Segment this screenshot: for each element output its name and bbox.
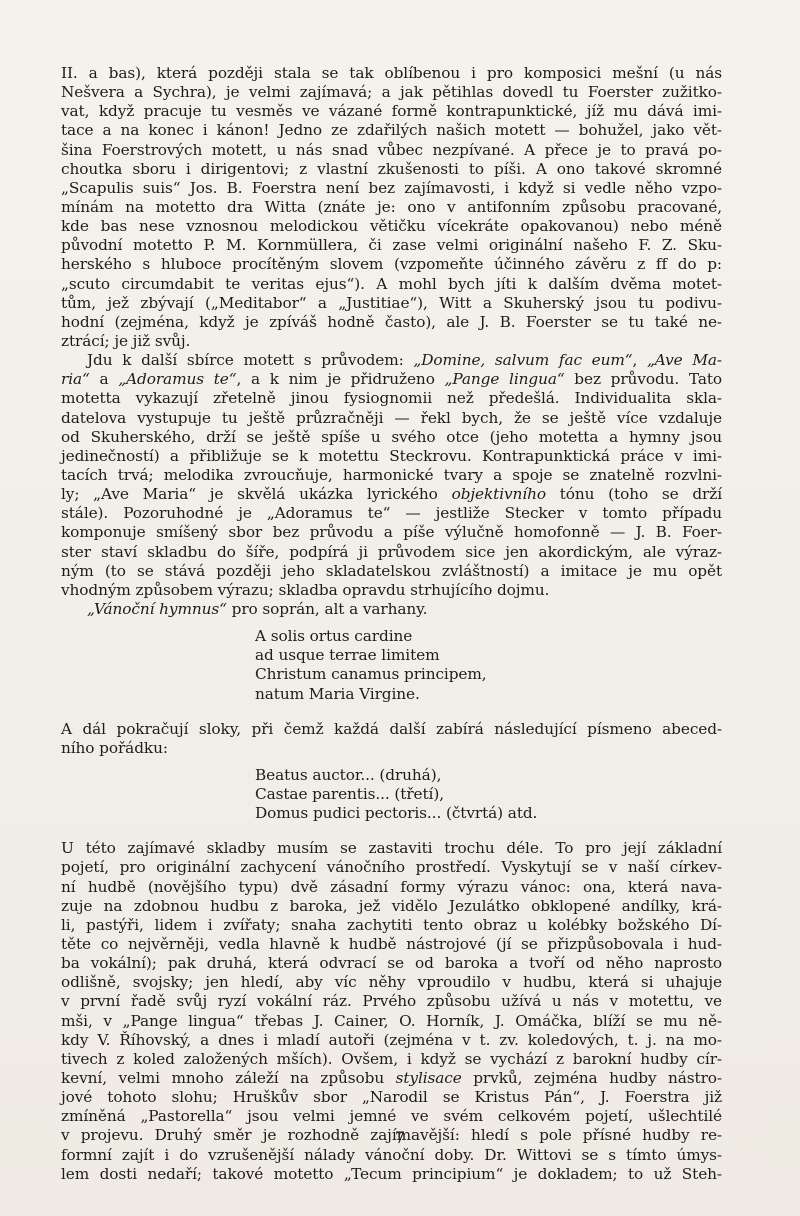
verse-line: A solis ortus cardine xyxy=(61,627,722,646)
text-line: „Vánoční hymnus“ pro soprán, alt a varha… xyxy=(61,600,722,619)
text-line: vhodným způsobem výrazu; skladba opravdu… xyxy=(61,581,722,600)
work-title: „Adoramus te“ xyxy=(118,370,236,388)
work-title: „Pange lingua“ xyxy=(445,370,565,388)
text-line: mši, v „Pange lingua“ třebas J. Cainer, … xyxy=(61,1012,722,1031)
work-title: „Vánoční hymnus“ xyxy=(87,600,227,618)
text-line: ztrácí; je již svůj. xyxy=(61,332,722,351)
text-line: kevní, velmi mnoho záleží na způsobu sty… xyxy=(61,1069,722,1088)
text-line: formní zajít i do vzrušenější nálady ván… xyxy=(61,1146,722,1165)
verse-quote-1: A solis ortus cardine ad usque terrae li… xyxy=(61,627,722,704)
text-line: zuje na zdobnou hudbu z baroka, jež vidě… xyxy=(61,897,722,916)
text-line: ního pořádku: xyxy=(61,739,722,758)
verse-quote-2: Beatus auctor... (druhá), Castae parenti… xyxy=(61,766,722,823)
text-line: ly; „Ave Maria“ je skvělá ukázka lyrické… xyxy=(61,485,722,504)
page-number: 7 xyxy=(0,1128,800,1147)
text-line: datelova vystupuje tu ještě průzračněji … xyxy=(61,409,722,428)
text-line: jedinečností) a přibližuje se k motettu … xyxy=(61,447,722,466)
text-line: lem dosti nedaří; takové motetto „Tecum … xyxy=(61,1165,722,1184)
verse-line: Beatus auctor... (druhá), xyxy=(61,766,722,785)
text-line: A dál pokračují sloky, při čemž každá da… xyxy=(61,720,722,739)
paragraph-4: A dál pokračují sloky, při čemž každá da… xyxy=(61,720,722,758)
text-line: pojetí, pro originální zachycení vánoční… xyxy=(61,858,722,877)
text-line: Nešvera a Sychra), je velmi zajímavá; a … xyxy=(61,83,722,102)
text-line: vat, když pracuje tu vesměs ve vázané fo… xyxy=(61,102,722,121)
text-line: tace a na konec i kánon! Jedno ze zdařil… xyxy=(61,121,722,140)
text-line: ria“ a „Adoramus te“, a k nim je přidruž… xyxy=(61,370,722,389)
text-line: herského s hluboce procítěným slovem (vz… xyxy=(61,255,722,274)
text-line: tacích trvá; melodika zvroucňuje, harmon… xyxy=(61,466,722,485)
text-line: „Scapulis suis“ Jos. B. Foerstra není be… xyxy=(61,179,722,198)
text-line: „scuto circumdabit te veritas ejus“). A … xyxy=(61,275,722,294)
work-title: ria“ xyxy=(61,370,90,388)
text-line: zmíněná „Pastorella“ jsou velmi jemné ve… xyxy=(61,1107,722,1126)
text-line: jové tohoto slohu; Hruškův sbor „Narodil… xyxy=(61,1088,722,1107)
text-line: ster staví skladbu do šíře, podpírá ji p… xyxy=(61,543,722,562)
text-line: motetta vykazují zřetelně jinou fysiogno… xyxy=(61,389,722,408)
text-line: původní motetto P. M. Kornmüllera, či za… xyxy=(61,236,722,255)
text-line: těte co nejvěrněji, vedla hlavně k hudbě… xyxy=(61,935,722,954)
text-line: v první řadě svůj ryzí vokální ráz. Prvé… xyxy=(61,992,722,1011)
text-line: odlišně, svojsky; jen hledí, aby víc něh… xyxy=(61,973,722,992)
emphasis: stylisace xyxy=(396,1069,462,1087)
verse-line: ad usque terrae limitem xyxy=(61,646,722,665)
spacer xyxy=(61,619,722,627)
text-line: ným (to se stává později jeho skladatels… xyxy=(61,562,722,581)
text-line: od Skuherského, drží se ještě spíše u sv… xyxy=(61,428,722,447)
verse-line: Christum canamus principem, xyxy=(61,665,722,684)
paragraph-2: Jdu k další sbírce motett s průvodem: „D… xyxy=(61,351,722,600)
text-line: U této zajímavé skladby musím se zastavi… xyxy=(61,839,722,858)
body-text: II. a bas), která později stala se tak o… xyxy=(61,64,722,1184)
text-line: kde bas nese vznosnou melodickou větičku… xyxy=(61,217,722,236)
spacer xyxy=(61,704,722,720)
text-line: II. a bas), která později stala se tak o… xyxy=(61,64,722,83)
text-line: šina Foerstrových motett, u nás snad vůb… xyxy=(61,141,722,160)
text-line: hodní (zejména, když je zpíváš hodně čas… xyxy=(61,313,722,332)
text-line: tivech z koled založených mších). Ovšem,… xyxy=(61,1050,722,1069)
verse-line: Domus pudici pectoris... (čtvrtá) atd. xyxy=(61,804,722,823)
verse-line: natum Maria Virgine. xyxy=(61,685,722,704)
text-line: mínám na motetto dra Witta (znáte je: on… xyxy=(61,198,722,217)
emphasis: objektivního xyxy=(452,485,546,503)
spacer xyxy=(61,758,722,766)
work-title: „Domine, salvum fac eum“ xyxy=(413,351,632,369)
text-line: stále). Pozoruhodné je „Adoramus te“ — j… xyxy=(61,504,722,523)
paragraph-1: II. a bas), která později stala se tak o… xyxy=(61,64,722,351)
text-line: komponuje smíšený sbor bez průvodu a píš… xyxy=(61,523,722,542)
text-line: tům, jež zbývají („Meditabor“ a „Justiti… xyxy=(61,294,722,313)
text-line: kdy V. Říhovský, a dnes i mladí autoři (… xyxy=(61,1031,722,1050)
paragraph-3: „Vánoční hymnus“ pro soprán, alt a varha… xyxy=(61,600,722,619)
text-line: li, pastýři, lidem i zvířaty; snaha zach… xyxy=(61,916,722,935)
text-line: ní hudbě (novějšího typu) dvě zásadní fo… xyxy=(61,878,722,897)
text-line: Jdu k další sbírce motett s průvodem: „D… xyxy=(61,351,722,370)
text-line: ba vokální); pak druhá, která odvrací se… xyxy=(61,954,722,973)
document-page: II. a bas), která později stala se tak o… xyxy=(0,0,800,1216)
work-title: „Ave Ma- xyxy=(647,351,722,369)
spacer xyxy=(61,823,722,839)
text-line: choutka sboru i dirigentovi; z vlastní z… xyxy=(61,160,722,179)
verse-line: Castae parentis... (třetí), xyxy=(61,785,722,804)
